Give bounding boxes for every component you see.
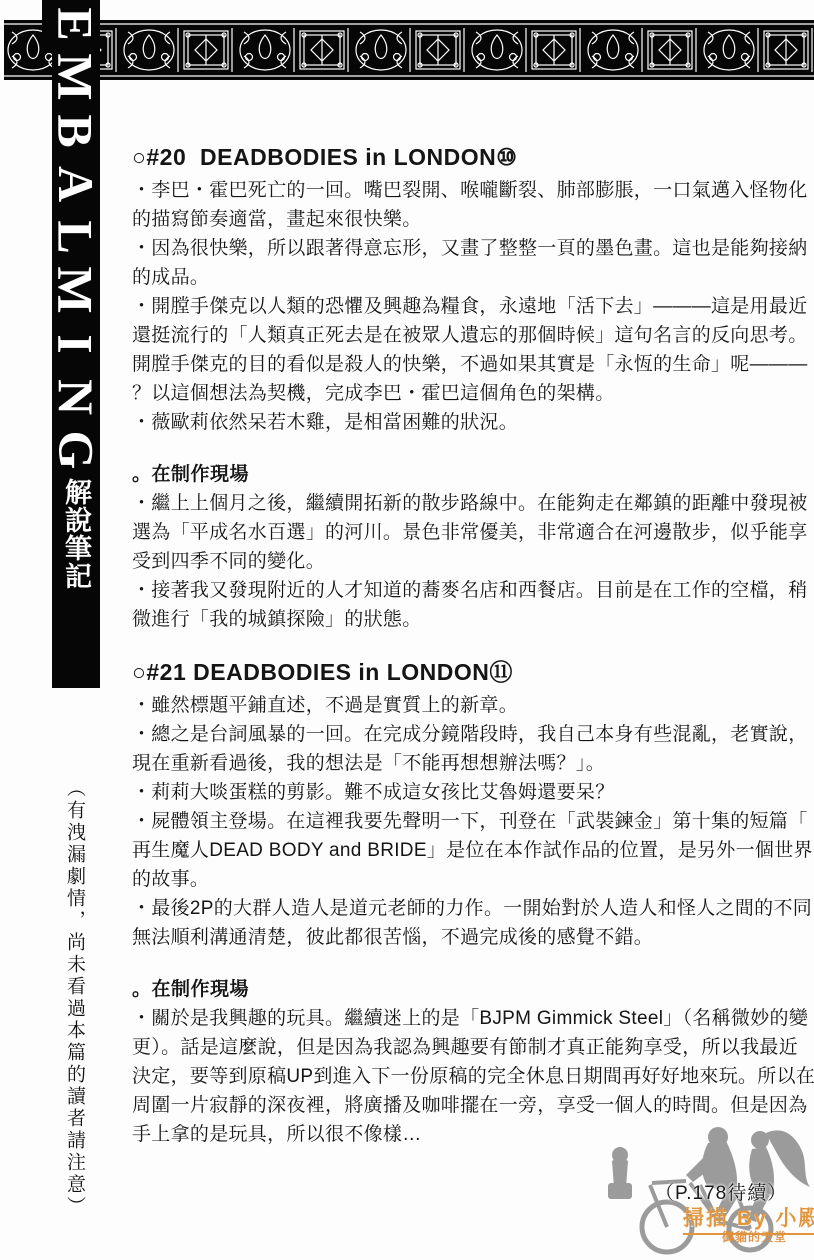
body-line: ・李巴・霍巴死亡的一回。嘴巴裂開、喉嚨斷裂、肺部膨脹，一口氣邁入怪物化 [132,176,808,205]
body-line: 微進行「我的城鎮探險」的狀態。 [132,605,808,634]
body-line: ・接著我又發現附近的人才知道的蕎麥名店和西餐店。目前是在工作的空檔，稍 [132,576,808,605]
passenger-head [751,1131,769,1149]
section-heading: ○#20 DEADBODIES in LONDON⑩ [132,142,808,176]
body-line: ？以這個想法為契機，完成李巴・霍巴這個角色的架構。 [132,379,808,408]
body-line: ・屍體領主登場。在這裡我要先聲明一下，刊登在「武裝鍊金」第十集的短篇「 [132,807,808,836]
body-line: ・莉莉大啖蛋糕的剪影。難不成這女孩比艾魯姆還要呆？ [132,778,808,807]
sidebar-letter: L [54,220,98,253]
body-line: 的成品。 [132,263,808,292]
body-line: ・因為很快樂，所以跟著得意忘形，又畫了整整一頁的墨色畫。這也是能夠接納 [132,234,808,263]
sidebar-letter: G [54,431,98,470]
body-line: 無法順利溝通清楚，彼此都很苦惱，不過完成後的感覺不錯。 [132,923,808,952]
sidebar-letter: B [54,114,98,147]
body-line: ・最後2P的大群人造人是道元老師的力作。一開始對於人造人和怪人之間的不同 [132,894,808,923]
body-line: 決定，要等到原稿UP到進入下一份原稿的完全休息日期間再好好地來玩。所以在 [132,1062,808,1091]
body-line: 選為「平成名水百選」的河川。景色非常優美，非常適合在河邊散步，似乎能享 [132,518,808,547]
body-line: 更）。話是這麼說，但是因為我認為興趣要有節制才真正能夠享受，所以我最近 [132,1033,808,1062]
sidebar-letter: M [54,267,98,314]
section-gap [132,437,808,460]
body-line: 現在重新看過後，我的想法是「不能再想想辦法嗎？」。 [132,749,808,778]
sidebar-title-embalming: EMBALMING [52,2,100,472]
sidebar-letter: M [54,54,98,101]
body-line: 周圍一片寂靜的深夜裡，將廣播及咖啡擺在一旁，享受一個人的時間。但是因為 [132,1091,808,1120]
section-gap [132,952,808,975]
body-line: ・繼上上個月之後，繼續開拓新的散步路線中。在能夠走在鄰鎮的距離中發現被 [132,489,808,518]
section-subheading: 。在制作現場 [132,975,808,1004]
body-line: 還挺流行的「人類真正死去是在被眾人遺忘的那個時候」這句名言的反向思考。 [132,321,808,350]
spoiler-warning-vertical: （有洩漏劇情，尚未看過本篇的讀者請注意） [52,778,96,1252]
sidebar-letter: A [54,166,98,202]
commentary-content: ○#20 DEADBODIES in LONDON⑩・李巴・霍巴死亡的一回。嘴巴… [132,142,808,1149]
section-subheading: 。在制作現場 [132,460,808,489]
body-line: ・雖然標題平鋪直述，不過是實質上的新章。 [132,691,808,720]
body-line: 的故事。 [132,865,808,894]
body-line: 開膛手傑克的目的看似是殺人的快樂，不過如果其實是「永恆的生命」呢——— [132,350,808,379]
sidebar-letter: E [54,7,98,40]
ornamental-border [4,20,814,80]
continuation-note: （P.178待續） [655,1178,787,1205]
manga-commentary-page: EMBALMING 解說筆記 （有洩漏劇情，尚未看過本篇的讀者請注意） ○#20… [0,0,814,1260]
scanner-watermark-sub: 御貓的天堂 [722,1228,787,1245]
body-line: ・開膛手傑克以人類的恐懼及興趣為糧食，永遠地「活下去」———這是用最近 [132,292,808,321]
sidebar-letter: I [54,334,98,353]
section-heading: ○#21 DEADBODIES in LONDON⑪ [132,657,808,691]
body-line: ・關於是我興趣的玩具。繼續迷上的是「BJPM Gimmick Steel」（名稱… [132,1004,808,1033]
sidebar-subtitle: 解說筆記 [52,478,100,683]
body-line: ・總之是台詞風暴的一回。在完成分鏡階段時，我自己本身有些混亂，老實說， [132,720,808,749]
body-line: ・薇歐莉依然呆若木雞，是相當困難的狀況。 [132,408,808,437]
body-line: 再生魔人DEAD BODY and BRIDE」是位在本作試作品的位置，是另外一… [132,836,808,865]
section-gap [132,634,808,657]
sidebar-letter: N [54,379,98,415]
body-line: 受到四季不同的變化。 [132,547,808,576]
body-line: 的描寫節奏適當，畫起來很快樂。 [132,205,808,234]
